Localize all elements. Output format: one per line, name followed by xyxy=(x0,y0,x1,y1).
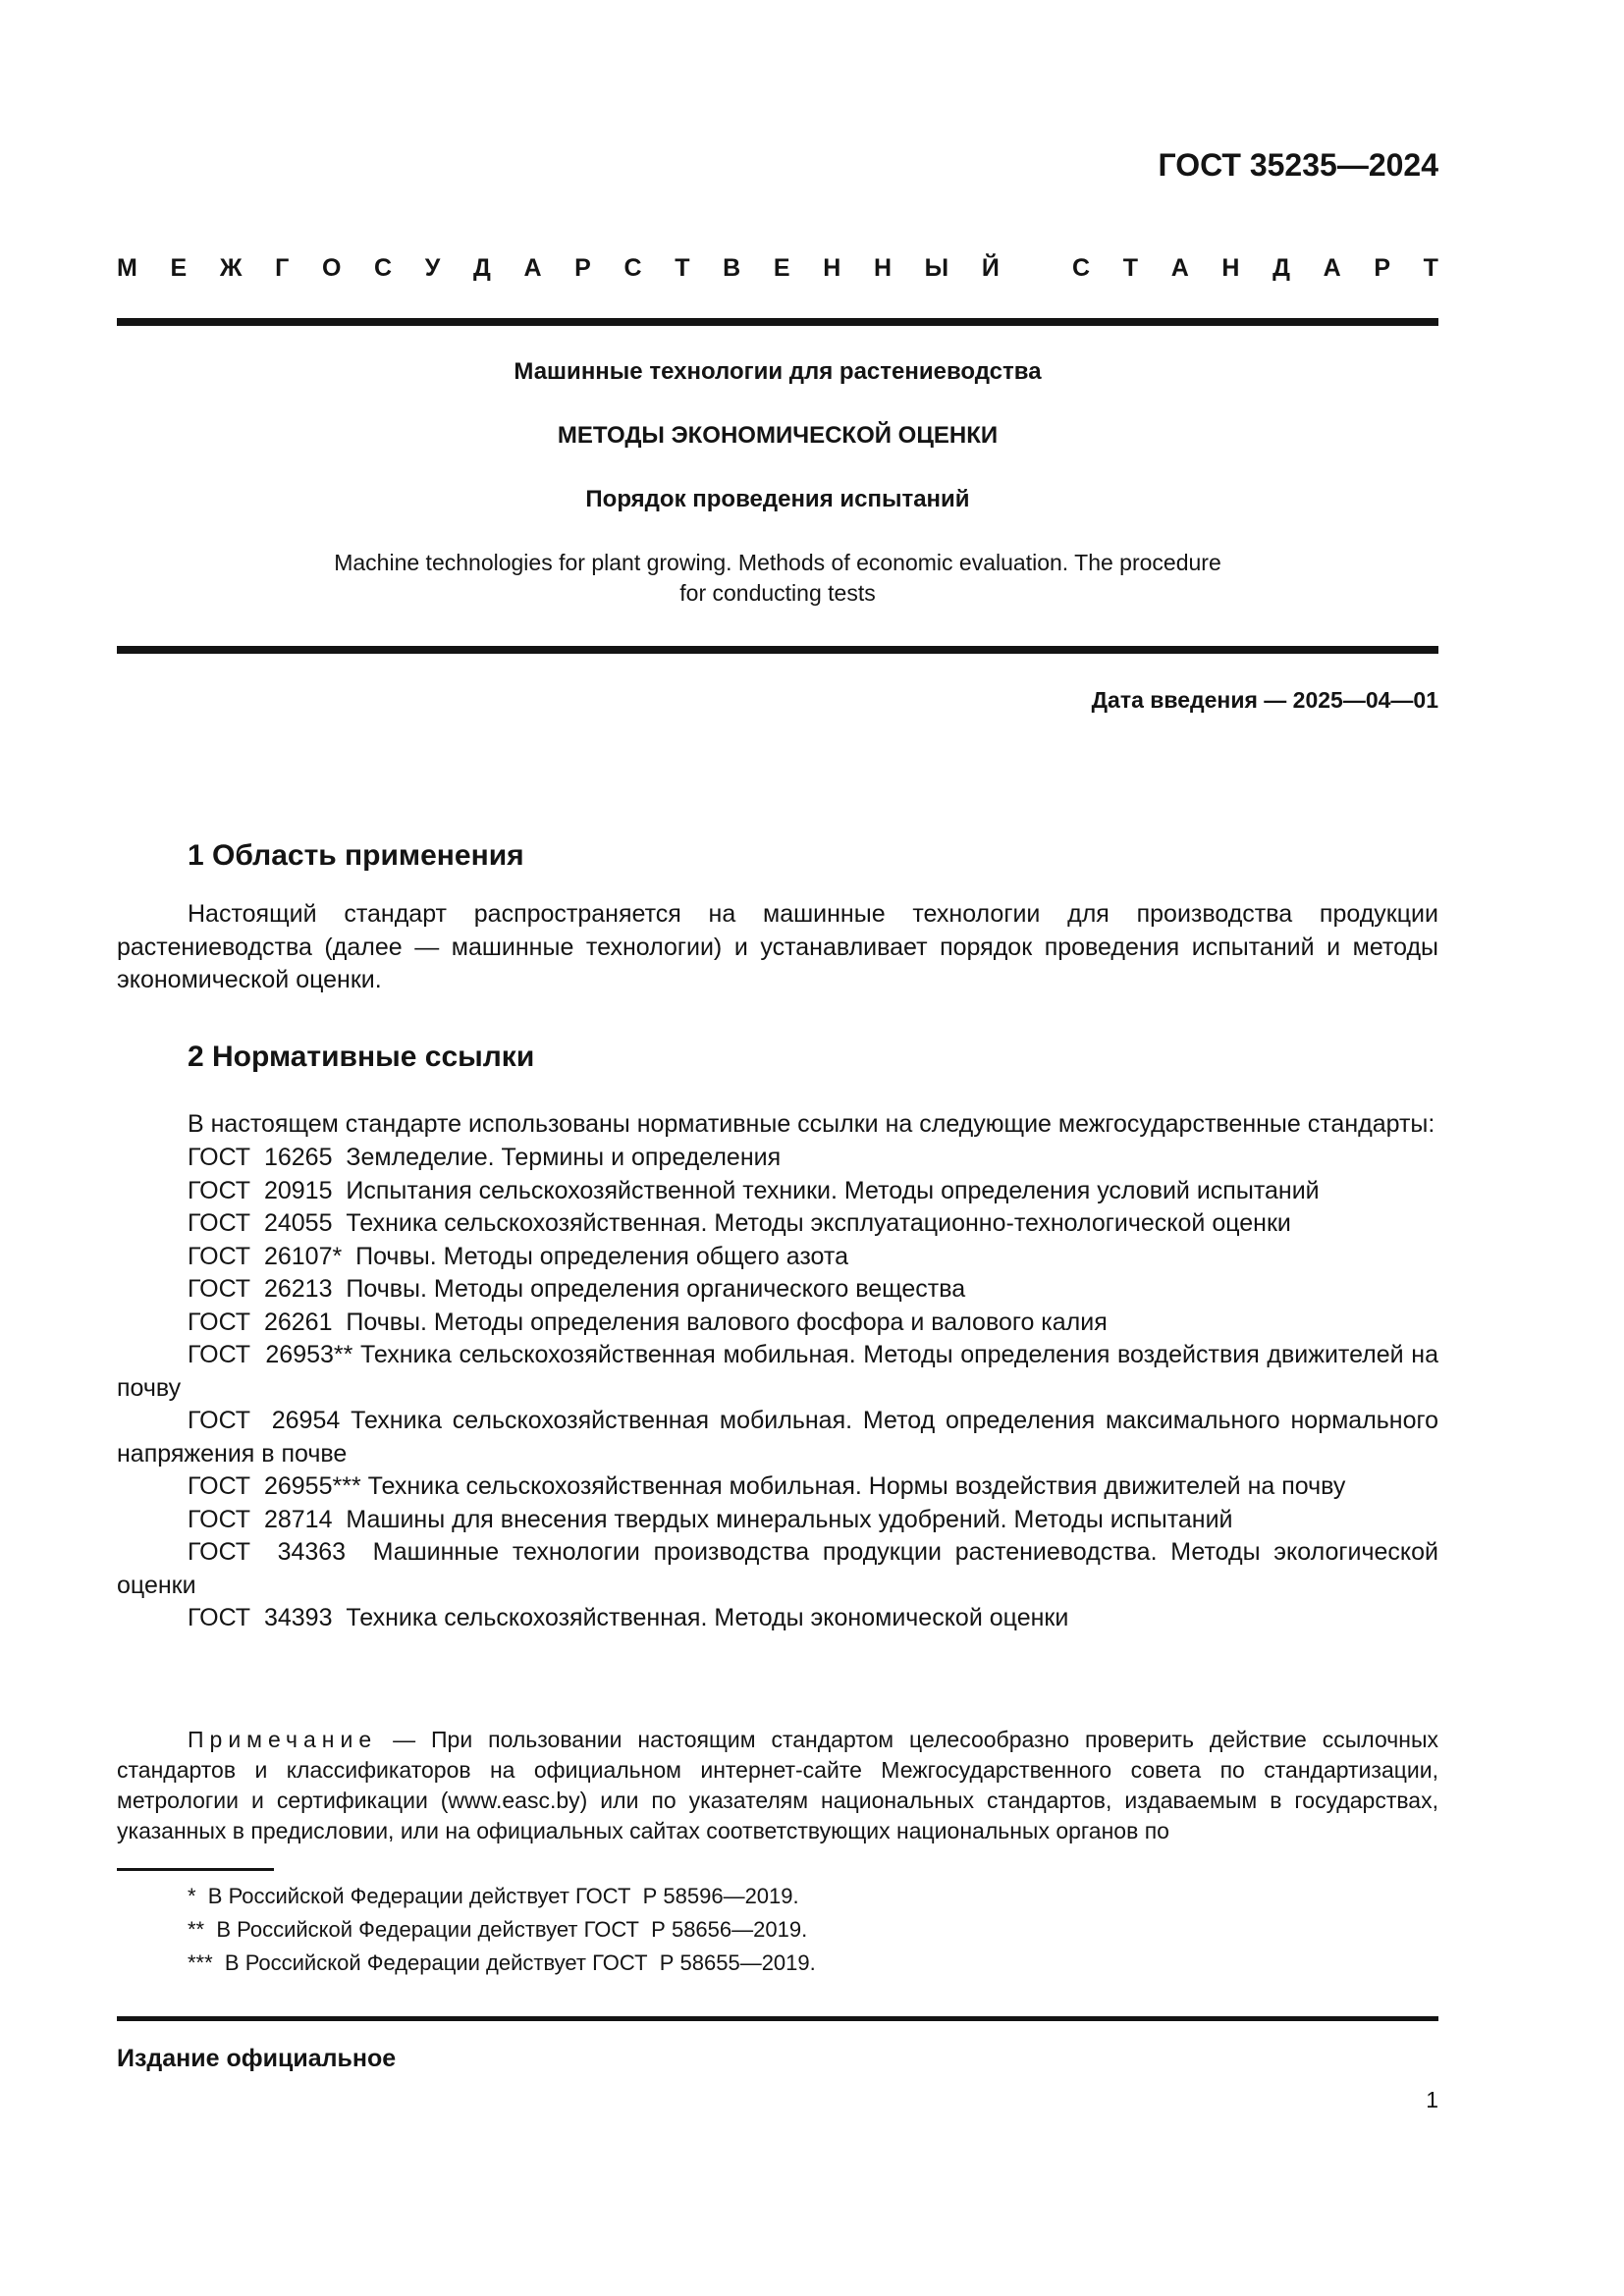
category-letter: Е xyxy=(774,254,790,283)
reference-item: ГОСТ 34393 Техника сельскохозяйственная.… xyxy=(117,1602,1438,1635)
reference-item: ГОСТ 26953** Техника сельскохозяйственна… xyxy=(117,1339,1438,1405)
introduction-date: Дата введения — 2025—04—01 xyxy=(1092,687,1438,714)
category-letter: В xyxy=(723,254,740,283)
category-letter: У xyxy=(425,254,441,283)
reference-item: ГОСТ 16265 Земледелие. Термины и определ… xyxy=(117,1142,1438,1175)
bottom-rule xyxy=(117,2016,1438,2021)
category-letter xyxy=(1032,254,1039,283)
category-letter: С xyxy=(624,254,642,283)
english-title-line1: Machine technologies for plant growing. … xyxy=(117,548,1438,578)
category-letter: Н xyxy=(1221,254,1239,283)
references-intro: В настоящем стандарте использованы норма… xyxy=(117,1106,1438,1142)
note-label: Примечание xyxy=(188,1727,377,1752)
reference-item: ГОСТ 24055 Техника сельскохозяйственная.… xyxy=(117,1207,1438,1241)
category-letter: Ы xyxy=(925,254,948,283)
section1-heading: 1 Область применения xyxy=(188,839,524,873)
category-letter: Н xyxy=(874,254,892,283)
category-letter: А xyxy=(1171,254,1189,283)
title-rule xyxy=(117,646,1438,654)
references-block: В настоящем стандарте использованы норма… xyxy=(117,1106,1438,1635)
category-letter: С xyxy=(1072,254,1090,283)
category-letter: Р xyxy=(574,254,591,283)
reference-item: ГОСТ 26107* Почвы. Методы определения об… xyxy=(117,1241,1438,1274)
reference-item: ГОСТ 26213 Почвы. Методы определения орг… xyxy=(117,1273,1438,1307)
english-title-line2: for conducting tests xyxy=(117,578,1438,609)
footnote-rule xyxy=(117,1868,274,1871)
category-letter: Е xyxy=(170,254,187,283)
category-letter: Д xyxy=(1272,254,1290,283)
reference-item: ГОСТ 26955*** Техника сельскохозяйственн… xyxy=(117,1470,1438,1504)
category-letter: Г xyxy=(275,254,289,283)
category-letter: Т xyxy=(1424,254,1438,283)
category-letter: С xyxy=(374,254,392,283)
footnote: *** В Российской Федерации действует ГОС… xyxy=(188,1947,816,1980)
category-letter: Т xyxy=(1123,254,1138,283)
category-letter: А xyxy=(1324,254,1341,283)
category-letter: А xyxy=(523,254,541,283)
category-letter: М xyxy=(117,254,137,283)
reference-item: ГОСТ 26954 Техника сельскохозяйственная … xyxy=(117,1405,1438,1470)
category-letter: Р xyxy=(1374,254,1390,283)
scope-text: Настоящий стандарт распространяется на м… xyxy=(117,898,1438,997)
page-number: 1 xyxy=(1426,2087,1438,2113)
category-letter: Д xyxy=(473,254,491,283)
standard-category: МЕЖГОСУДАРСТВЕННЫЙ СТАНДАРТ xyxy=(117,254,1438,283)
category-letter: Й xyxy=(982,254,1000,283)
title-line3: Порядок проведения испытаний xyxy=(117,486,1438,513)
category-letter: Ж xyxy=(220,254,243,283)
title-line1: Машинные технологии для растениеводства xyxy=(117,358,1438,386)
title-line2: МЕТОДЫ ЭКОНОМИЧЕСКОЙ ОЦЕНКИ xyxy=(117,422,1438,450)
footnote: ** В Российской Федерации действует ГОСТ… xyxy=(188,1913,816,1947)
section2-heading: 2 Нормативные ссылки xyxy=(188,1041,534,1074)
note: Примечание — При пользовании настоящим с… xyxy=(117,1725,1438,1846)
references-list: ГОСТ 16265 Земледелие. Термины и определ… xyxy=(117,1142,1438,1635)
reference-item: ГОСТ 34363 Машинные технологии производс… xyxy=(117,1536,1438,1602)
official-edition: Издание официальное xyxy=(117,2045,396,2073)
category-letter: Н xyxy=(823,254,840,283)
reference-item: ГОСТ 26261 Почвы. Методы определения вал… xyxy=(117,1307,1438,1340)
standard-code: ГОСТ 35235—2024 xyxy=(1158,147,1438,184)
category-letter: О xyxy=(322,254,341,283)
reference-item: ГОСТ 28714 Машины для внесения твердых м… xyxy=(117,1504,1438,1537)
section1-paragraph: Настоящий стандарт распространяется на м… xyxy=(117,898,1438,997)
footnote: * В Российской Федерации действует ГОСТ … xyxy=(188,1880,816,1913)
top-rule xyxy=(117,318,1438,326)
category-letter: Т xyxy=(675,254,689,283)
english-title: Machine technologies for plant growing. … xyxy=(117,548,1438,609)
footnotes: * В Российской Федерации действует ГОСТ … xyxy=(188,1880,816,1980)
reference-item: ГОСТ 20915 Испытания сельскохозяйственно… xyxy=(117,1175,1438,1208)
